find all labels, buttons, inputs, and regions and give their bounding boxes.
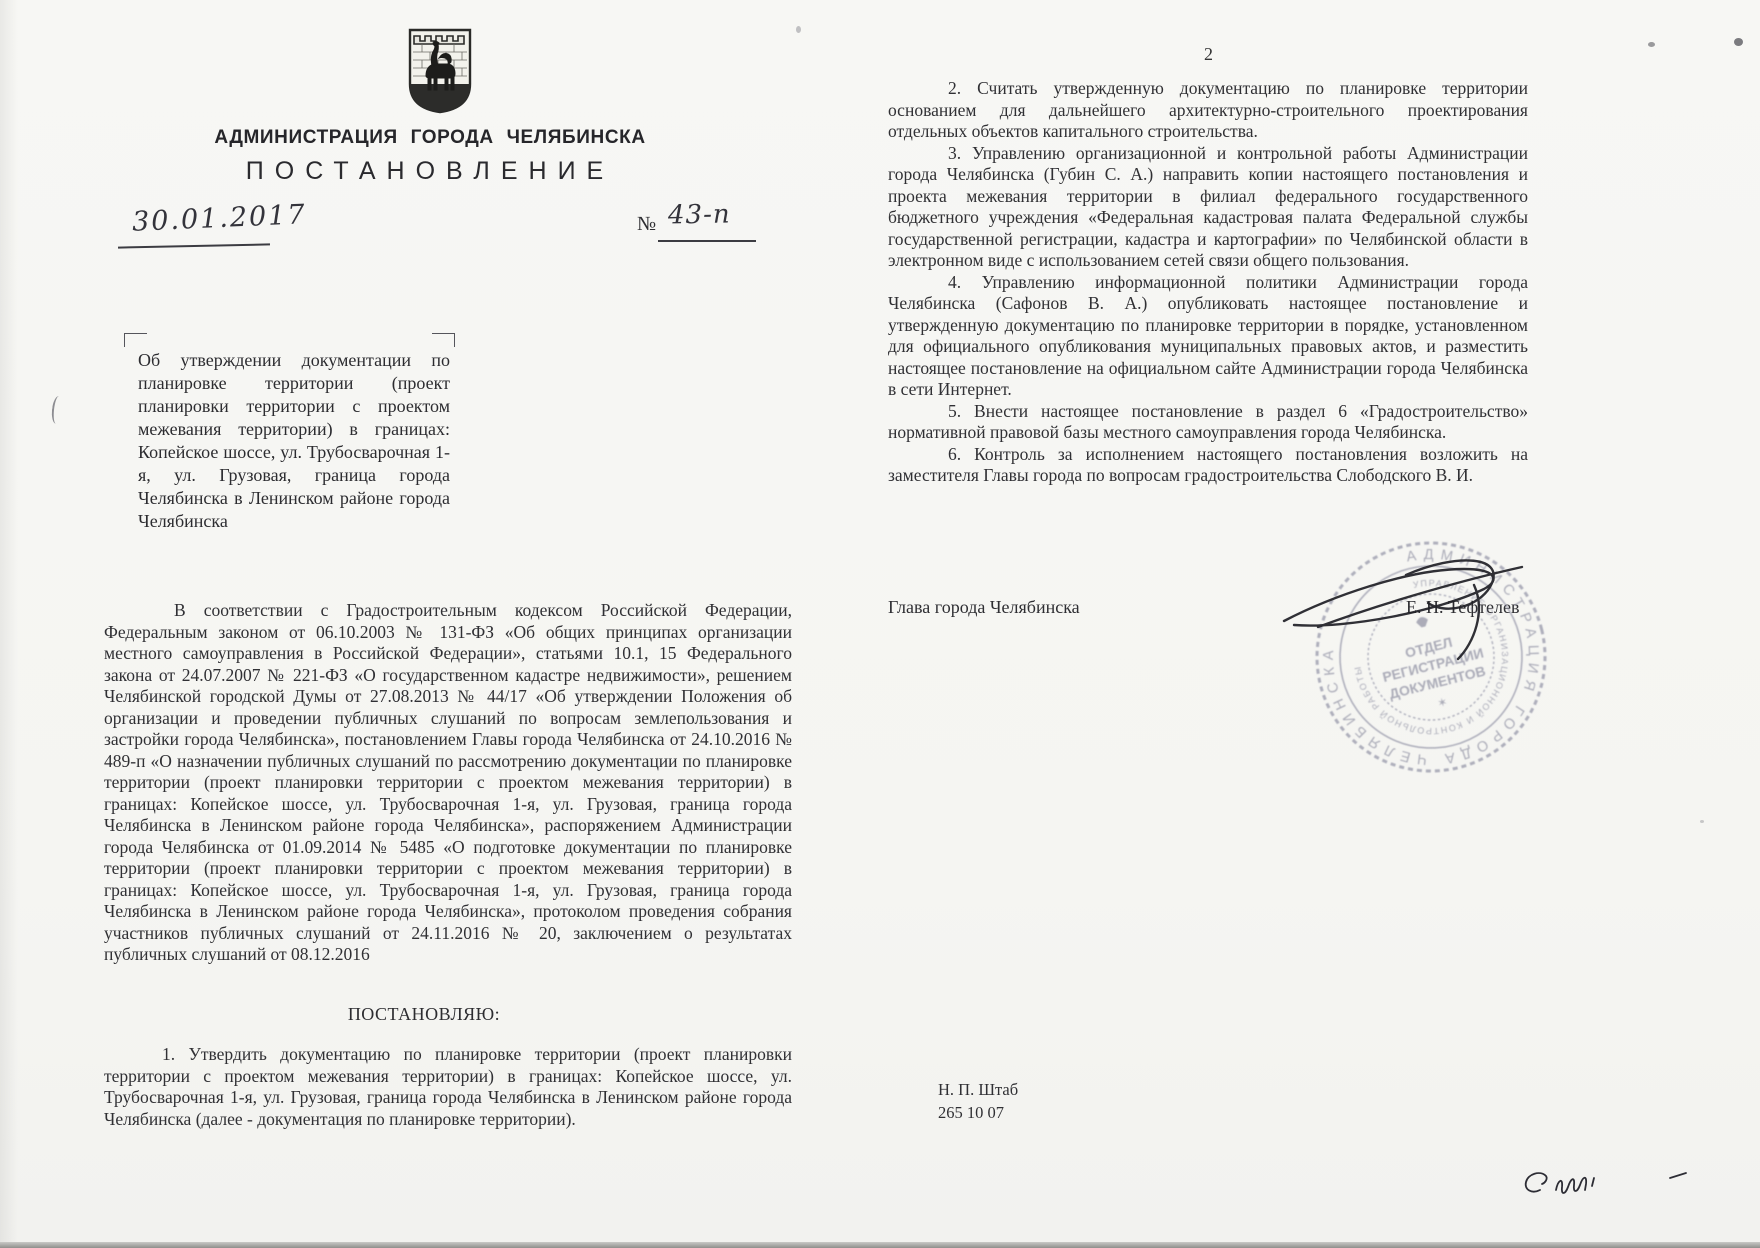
resolution-word: ПОСТАНОВЛЯЮ: (104, 1004, 744, 1025)
scan-speck (1700, 820, 1704, 823)
coat-of-arms-icon (408, 28, 472, 114)
signature-scribble-icon (1278, 545, 1528, 685)
item-6: 6. Контроль за исполнением настоящего по… (888, 444, 1528, 487)
number-label: № (637, 213, 656, 236)
executor-name: Н. П. Штаб (938, 1078, 1018, 1101)
handwritten-mark-icon (1512, 1150, 1702, 1212)
handwritten-number: 43-п (668, 199, 731, 230)
subject-bracket-left (124, 333, 147, 347)
signature-title: Глава города Челябинска (888, 597, 1080, 618)
item-5: 5. Внести настоящее постановление в разд… (888, 401, 1528, 444)
handwritten-date: 30.01.2017 (131, 199, 307, 238)
executor-footer: Н. П. Штаб 265 10 07 (938, 1078, 1018, 1124)
scan-speck (1734, 38, 1743, 46)
svg-text:✶: ✶ (1436, 695, 1449, 711)
executor-phone: 265 10 07 (938, 1101, 1018, 1124)
ink-margin-mark (51, 396, 65, 425)
date-underline (118, 243, 270, 248)
page-number: 2 (1204, 44, 1213, 65)
scan-bottom-edge (0, 1242, 1760, 1248)
number-underline (658, 240, 756, 242)
subject-bracket-right (432, 333, 455, 347)
item-3: 3. Управлению организационной и контроль… (888, 143, 1528, 272)
right-page-items: 2. Считать утвержденную документацию по … (888, 78, 1528, 487)
item-2: 2. Считать утвержденную документацию по … (888, 78, 1528, 143)
scanned-resolution-document: АДМИНИСТРАЦИЯ ГОРОДА ЧЕЛЯБИНСКА ПОСТАНОВ… (0, 0, 1760, 1248)
item-4: 4. Управлению информационной политики Ад… (888, 272, 1528, 401)
scan-speck (1648, 42, 1655, 47)
doc-type-title: ПОСТАНОВЛЕНИЕ (115, 157, 745, 186)
preamble-paragraph: В соответствии с Градостроительным кодек… (104, 600, 792, 966)
org-name: АДМИНИСТРАЦИЯ ГОРОДА ЧЕЛЯБИНСКА (115, 127, 745, 149)
subject-block: Об утверждении документации по планировк… (138, 349, 450, 533)
item-1: 1. Утвердить документацию по планировке … (104, 1044, 792, 1130)
scan-speck (796, 26, 801, 33)
